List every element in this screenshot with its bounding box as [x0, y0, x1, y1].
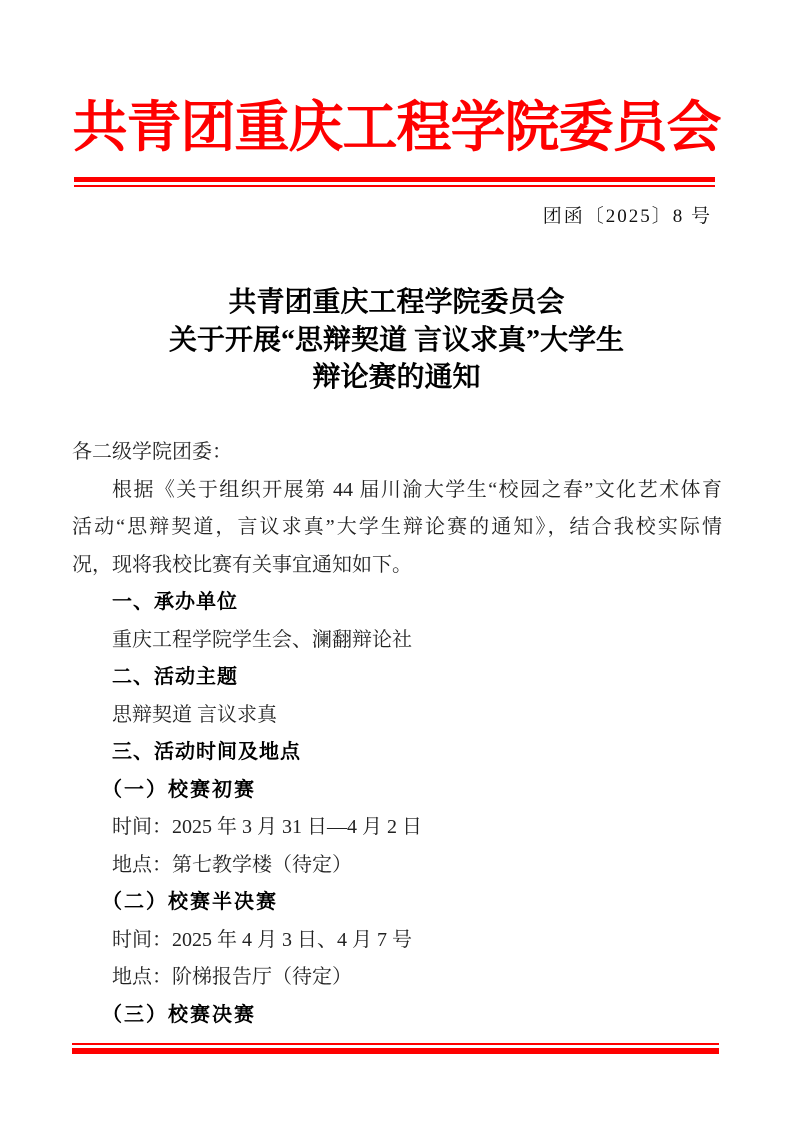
subsection-2-place: 地点：阶梯报告厅（待定） — [72, 959, 722, 997]
section-2-content: 思辩契道 言议求真 — [72, 697, 722, 735]
red-separator-bottom-thin — [72, 1043, 719, 1045]
notice-title-line-2: 关于开展“思辩契道 言议求真”大学生 — [0, 322, 793, 360]
subsection-2-heading: （二）校赛半决赛 — [72, 884, 722, 922]
red-separator-top-thin — [74, 185, 715, 187]
red-separator-bottom-thick — [72, 1048, 719, 1054]
salutation: 各二级学院团委： — [72, 434, 722, 472]
subsection-3-heading: （三）校赛决赛 — [72, 997, 722, 1035]
section-1-heading: 一、承办单位 — [72, 584, 722, 622]
subsection-1-heading: （一）校赛初赛 — [72, 772, 722, 810]
subsection-2-time: 时间：2025 年 4 月 3 日、4 月 7 号 — [72, 922, 722, 960]
notice-title-line-3: 辩论赛的通知 — [0, 359, 793, 397]
subsection-1-place: 地点：第七教学楼（待定） — [72, 847, 722, 885]
notice-title: 共青团重庆工程学院委员会 关于开展“思辩契道 言议求真”大学生 辩论赛的通知 — [0, 284, 793, 397]
intro-paragraph-line-2: 活动“思辩契道，言议求真”大学生辩论赛的通知》，结合我校实际情 — [72, 509, 722, 547]
notice-title-line-1: 共青团重庆工程学院委员会 — [0, 284, 793, 322]
letterhead-org-title: 共青团重庆工程学院委员会 — [0, 92, 793, 164]
section-3-heading: 三、活动时间及地点 — [72, 734, 722, 772]
section-1-content: 重庆工程学院学生会、澜翻辩论社 — [72, 622, 722, 660]
section-2-heading: 二、活动主题 — [72, 659, 722, 697]
intro-paragraph-line-1: 根据《关于组织开展第 44 届川渝大学生“校园之春”文化艺术体育 — [72, 472, 722, 510]
intro-paragraph-line-3: 况，现将我校比赛有关事宜通知如下。 — [72, 547, 722, 585]
doc-number: 团函〔2025〕8 号 — [0, 204, 712, 230]
body-text: 各二级学院团委： 根据《关于组织开展第 44 届川渝大学生“校园之春”文化艺术体… — [72, 434, 722, 1034]
red-separator-top-thick — [74, 177, 715, 182]
subsection-1-time: 时间：2025 年 3 月 31 日—4 月 2 日 — [72, 809, 722, 847]
document-page: 共青团重庆工程学院委员会 团函〔2025〕8 号 共青团重庆工程学院委员会 关于… — [0, 0, 793, 1122]
